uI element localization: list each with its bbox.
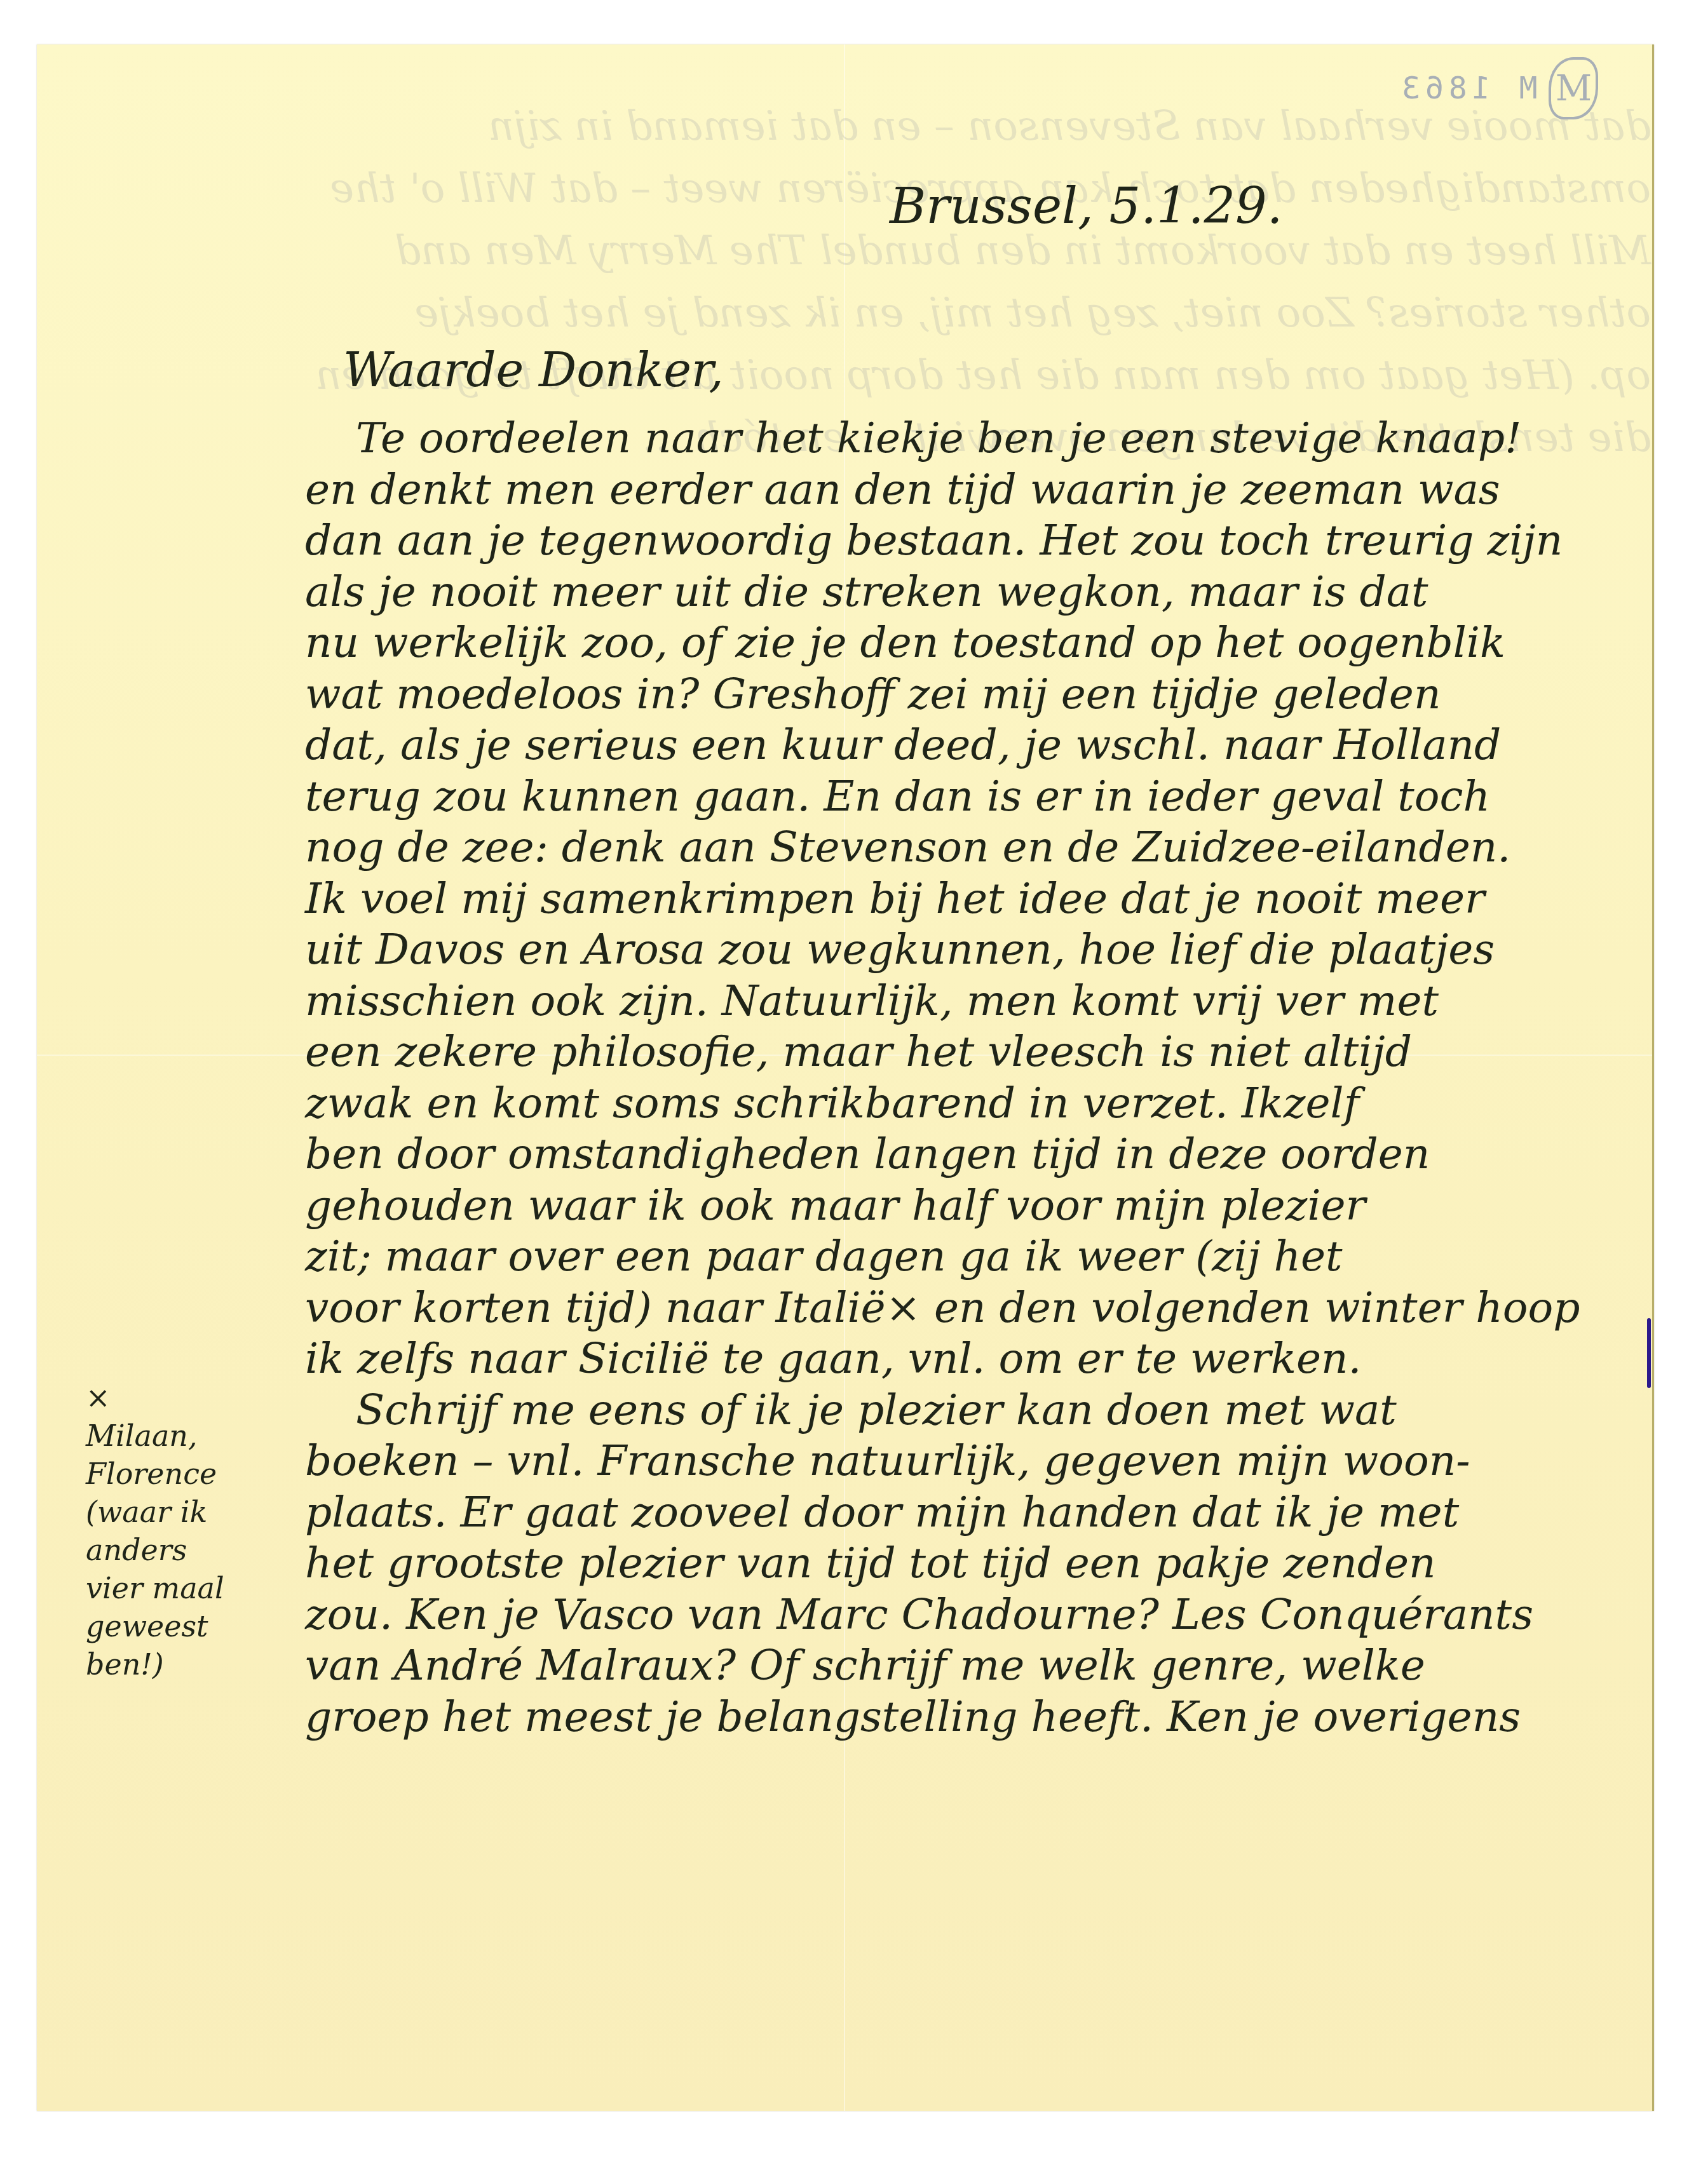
body-line: nu werkelijk zoo, of zie je den toestand… <box>305 617 1639 669</box>
letter-dateline: Brussel, 5.1.29. <box>890 178 1282 235</box>
body-line: groep het meest je belangstelling heeft.… <box>305 1692 1639 1743</box>
body-line: Te oordeelen naar het kiekje ben je een … <box>305 413 1639 464</box>
body-line: en denkt men eerder aan den tijd waarin … <box>305 464 1639 516</box>
margin-note-line: vier maal <box>86 1569 224 1607</box>
body-line: dat, als je serieus een kuur deed, je ws… <box>305 720 1639 771</box>
body-line: zit; maar over een paar dagen ga ik weer… <box>305 1231 1639 1283</box>
body-line: het grootste plezier van tijd tot tijd e… <box>305 1538 1639 1589</box>
margin-note-line: ben!) <box>86 1645 224 1683</box>
body-line: ben door omstandigheden langen tijd in d… <box>305 1129 1639 1180</box>
archive-stamp-number: M 1863 <box>1397 71 1537 106</box>
body-line: een zekere philosofie, maar het vleesch … <box>305 1027 1639 1078</box>
letter-body: Te oordeelen naar het kiekje ben je een … <box>305 413 1639 1742</box>
body-line: boeken – vnl. Fransche natuurlijk, gegev… <box>305 1436 1639 1487</box>
body-line: plaats. Er gaat zooveel door mijn handen… <box>305 1487 1639 1539</box>
margin-note-line: Florence <box>86 1455 224 1493</box>
body-line: Ik voel mij samenkrimpen bij het idee da… <box>305 873 1639 925</box>
body-line: terug zou kunnen gaan. En dan is er in i… <box>305 771 1639 823</box>
letter-salutation: Waarde Donker, <box>343 343 724 398</box>
body-line: misschien ook zijn. Natuurlijk, men komt… <box>305 976 1639 1027</box>
edge-ink-mark <box>1647 1318 1651 1388</box>
body-line: van André Malraux? Of schrijf me welk ge… <box>305 1640 1639 1692</box>
margin-note-line: (waar ik <box>86 1493 224 1531</box>
margin-note-marker: × <box>86 1378 224 1417</box>
margin-note-line: Milaan, <box>86 1417 224 1455</box>
body-line: wat moedeloos in? Greshoff zei mij een t… <box>305 669 1639 720</box>
body-line: Schrijf me eens of ik je plezier kan doe… <box>305 1385 1639 1436</box>
body-line: zwak en komt soms schrikbarend in verzet… <box>305 1078 1639 1129</box>
body-line: zou. Ken je Vasco van Marc Chadourne? Le… <box>305 1589 1639 1641</box>
body-line: voor korten tijd) naar Italië× en den vo… <box>305 1283 1639 1334</box>
body-line: gehouden waar ik ook maar half voor mijn… <box>305 1180 1639 1232</box>
body-line: ik zelfs naar Sicilië te gaan, vnl. om e… <box>305 1333 1639 1385</box>
margin-note: × Milaan, Florence (waar ik anders vier … <box>86 1378 224 1683</box>
archive-stamp: M 1863 M <box>1397 57 1598 119</box>
body-line: als je nooit meer uit die streken wegkon… <box>305 567 1639 618</box>
body-line: nog de zee: denk aan Stevenson en de Zui… <box>305 822 1639 873</box>
body-line: uit Davos en Arosa zou wegkunnen, hoe li… <box>305 924 1639 976</box>
body-line: dan aan je tegenwoordig bestaan. Het zou… <box>305 515 1639 567</box>
margin-note-line: geweest <box>86 1607 224 1645</box>
margin-note-line: anders <box>86 1531 224 1569</box>
archive-monogram-icon: M <box>1549 57 1598 119</box>
